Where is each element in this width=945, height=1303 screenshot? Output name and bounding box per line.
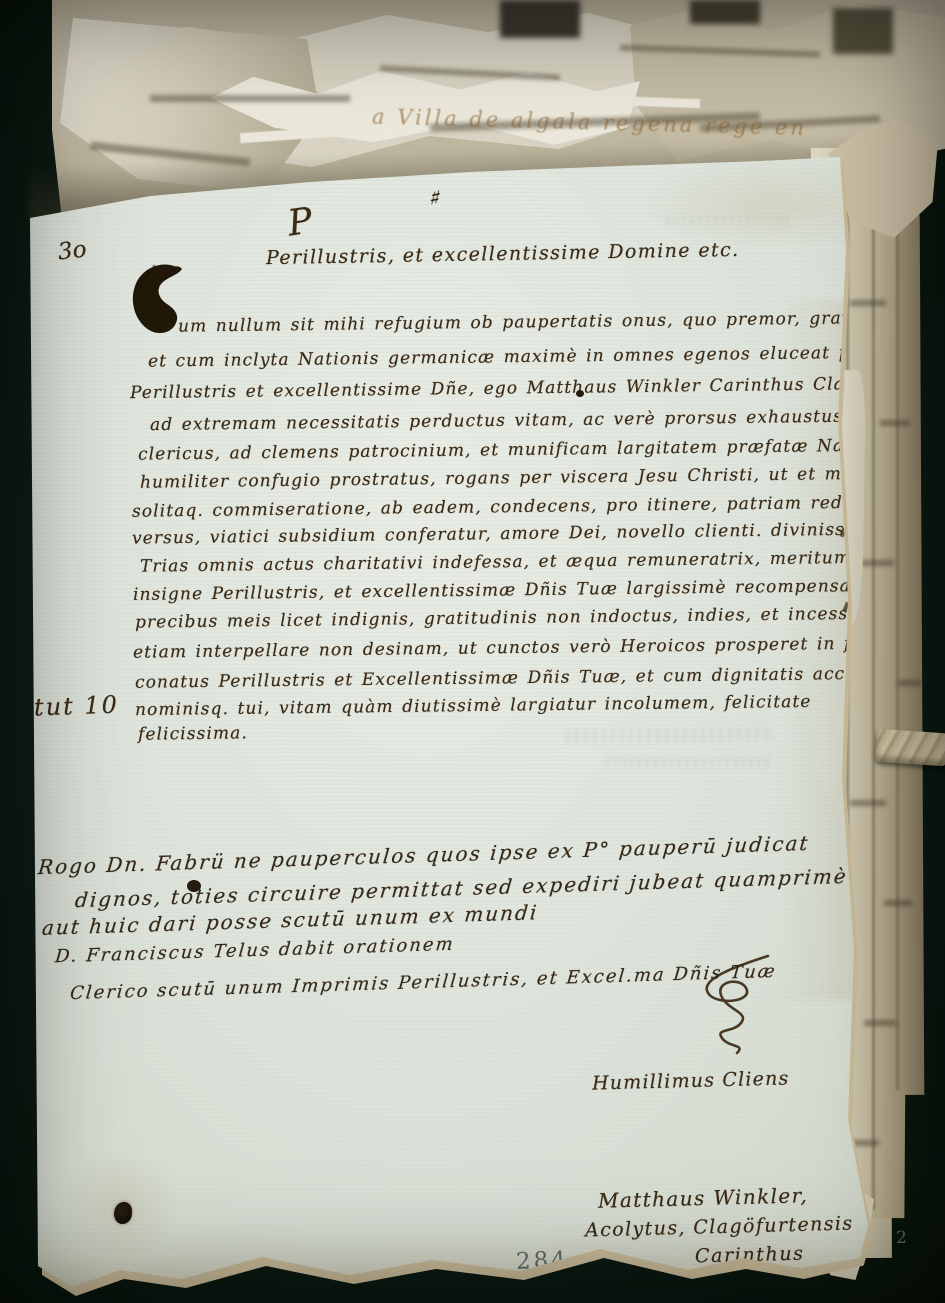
fore-edge-notch	[850, 800, 886, 806]
bleed-through-marks	[660, 214, 790, 226]
ink-blot	[114, 1202, 132, 1224]
bookmark-cord	[875, 729, 945, 767]
margin-note: tut 10	[34, 691, 120, 722]
fore-edge-separation	[896, 220, 899, 1090]
fore-edge-notch	[860, 560, 894, 566]
folio-number: 3o	[57, 237, 88, 266]
manuscript-photograph: a Villa de algala regena rege en 2 ♯ 3o …	[0, 0, 945, 1303]
fore-edge-stack-layer	[896, 215, 925, 1095]
paper-crease-shadow	[150, 95, 350, 102]
fore-edge-separation	[872, 180, 875, 1210]
fore-edge-notch	[850, 300, 886, 306]
paper-gap-shadow	[690, 0, 760, 24]
fore-edge-notch	[884, 900, 912, 906]
body-line: felicissima.	[138, 723, 248, 744]
fore-edge-notch	[880, 420, 910, 426]
edge-number: 2	[896, 1228, 907, 1248]
bleed-through-marks	[600, 756, 770, 768]
fore-edge-notch	[864, 1020, 896, 1026]
fore-edge-notch	[898, 680, 922, 686]
edge-smudge	[0, 955, 9, 1015]
paraph-flourish	[688, 948, 780, 1056]
paper-gap-shadow	[833, 8, 893, 54]
left-edge-mark: 5	[0, 246, 7, 267]
paper-gap-shadow	[500, 0, 580, 38]
ink-blot	[576, 390, 584, 397]
